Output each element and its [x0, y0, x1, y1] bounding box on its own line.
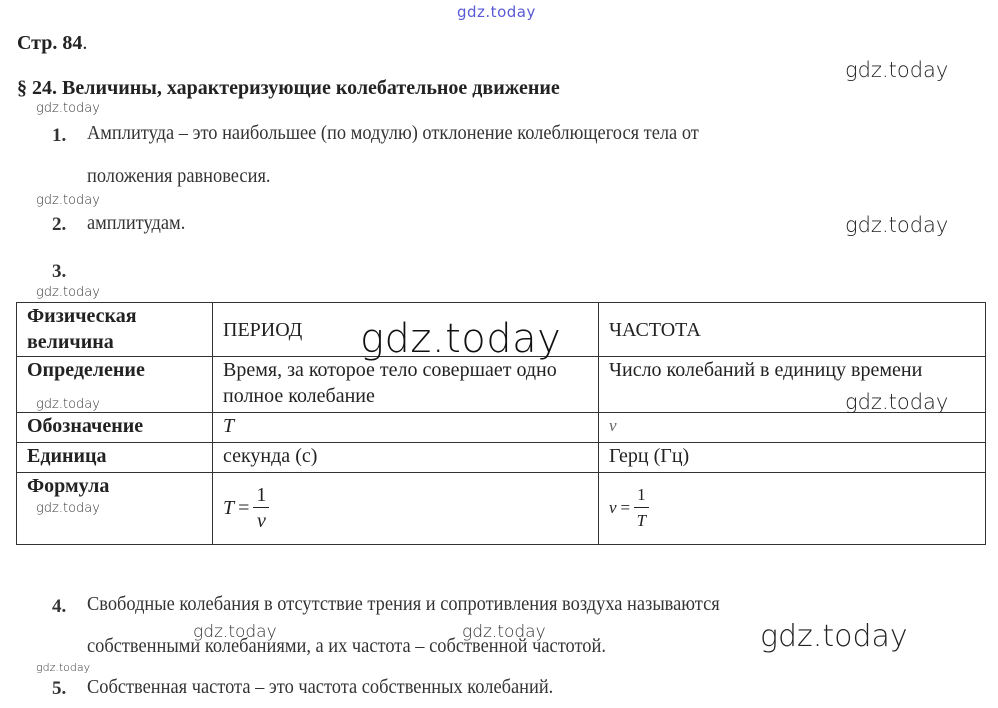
item-text: амплитудам. [87, 212, 185, 235]
table-row: Обозначение T ν [17, 413, 986, 443]
frequency-cell: ЧАСТОТА [599, 303, 986, 357]
watermark: gdz.today [36, 501, 100, 516]
fraction-denominator: ν [257, 508, 266, 534]
watermark: gdz.today [462, 622, 546, 642]
formula-lhs: ν [609, 495, 617, 521]
formula-equals: = [238, 495, 249, 521]
item-number: 5. [52, 678, 66, 700]
period-cell: T = 1 ν [213, 473, 599, 545]
page-reference-text: Стр. 84 [17, 32, 82, 54]
watermark: gdz.today [36, 397, 100, 412]
watermark: gdz.today [760, 619, 908, 654]
period-cell: Время, за которое тело совершает одно по… [213, 357, 599, 413]
watermark: gdz.today [36, 101, 100, 116]
watermark: gdz.today [845, 390, 948, 414]
table-row: Единица секунда (с) Герц (Гц) [17, 443, 986, 473]
item-text: Собственная частота – это частота собств… [87, 676, 553, 699]
table-row: Формула T = 1 ν ν = 1 T [17, 473, 986, 545]
period-cell: секунда (с) [213, 443, 599, 473]
row-header: Обозначение [17, 413, 213, 443]
page-reference: Стр. 84. [17, 32, 87, 55]
item-number: 1. [52, 125, 66, 147]
watermark: gdz.today [457, 3, 536, 21]
fraction-denominator: T [637, 508, 646, 534]
formula-lhs: T [223, 495, 234, 521]
watermark: gdz.today [845, 213, 948, 237]
fraction-numerator: 1 [253, 483, 269, 508]
frequency-cell: ν [599, 413, 986, 443]
watermark: gdz.today [845, 58, 948, 82]
period-cell: T [213, 413, 599, 443]
page-reference-dot: . [82, 32, 87, 54]
item-number: 3. [52, 261, 66, 283]
fraction: 1 T [634, 483, 649, 534]
row-header: Физическая величина [17, 303, 213, 357]
formula-equals: = [621, 495, 631, 521]
item-text: положения равновесия. [87, 165, 271, 188]
watermark: gdz.today [36, 661, 90, 674]
frequency-cell: ν = 1 T [599, 473, 986, 545]
item-text: Свободные колебания в отсутствие трения … [87, 593, 720, 616]
frequency-cell: Герц (Гц) [599, 443, 986, 473]
period-formula: T = 1 ν [223, 473, 588, 543]
item-number: 4. [52, 596, 66, 618]
table-row: Определение Время, за которое тело совер… [17, 357, 986, 413]
watermark: gdz.today [360, 316, 561, 362]
fraction-numerator: 1 [634, 483, 649, 508]
row-header: Единица [17, 443, 213, 473]
item-text: Амплитуда – это наибольшее (по модулю) о… [87, 122, 947, 145]
watermark: gdz.today [36, 285, 100, 300]
section-title: § 24. Величины, характеризующие колебате… [17, 77, 560, 100]
watermark: gdz.today [36, 193, 100, 208]
watermark: gdz.today [193, 622, 277, 642]
frequency-formula: ν = 1 T [609, 473, 975, 543]
fraction: 1 ν [253, 483, 269, 534]
item-number: 2. [52, 214, 66, 236]
